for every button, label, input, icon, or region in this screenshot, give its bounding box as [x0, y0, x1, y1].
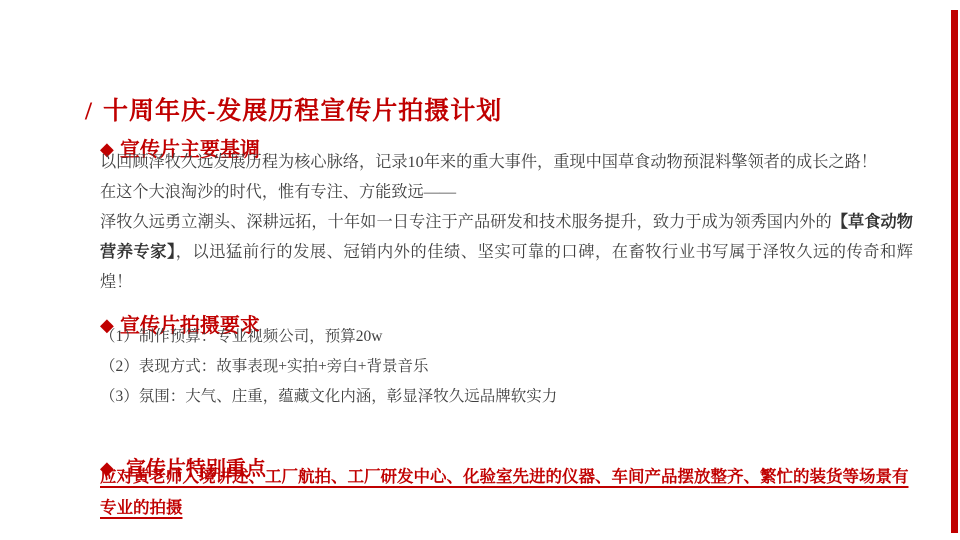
presentation-slide: /十周年庆-发展历程宣传片拍摄计划 ◆宣传片主要基调 以回顾泽牧久远发展历程为核…	[0, 0, 960, 540]
page-title-text: 十周年庆-发展历程宣传片拍摄计划	[103, 98, 502, 125]
slash-mark: /	[85, 98, 93, 125]
requirements-list: （1）制作预算：专业视频公司，预算20w （2）表现方式：故事表现+实拍+旁白+…	[100, 322, 557, 412]
right-accent-bar	[951, 10, 958, 533]
paragraph-line-1: 以回顾泽牧久远发展历程为核心脉络，记录10年来的重大事件，重现中国草食动物预混料…	[100, 153, 877, 171]
emphasis-line-2: 专业的拍摄	[100, 498, 183, 517]
special-focus-emphasis: 应对黄老师入境讲述、工厂航拍、工厂研发中心、化验室先进的仪器、车间产品摆放整齐、…	[100, 461, 913, 523]
paragraph-line-2: 在这个大浪淘沙的时代，惟有专注、方能致远——	[100, 183, 456, 201]
emphasis-line-1: 应对黄老师入境讲述、工厂航拍、工厂研发中心、化验室先进的仪器、车间产品摆放整齐、…	[100, 467, 909, 486]
paragraph-line-3-pre: 泽牧久远勇立潮头、深耕远拓，十年如一日专注于产品研发和技术服务提升，致力于成为领…	[100, 213, 832, 231]
requirement-item-3: （3）氛围：大气、庄重，蕴藏文化内涵，彰显泽牧久远品牌软实力	[100, 382, 557, 412]
requirement-item-2: （2）表现方式：故事表现+实拍+旁白+背景音乐	[100, 352, 557, 382]
page-title: /十周年庆-发展历程宣传片拍摄计划	[85, 91, 502, 127]
requirement-item-1: （1）制作预算：专业视频公司，预算20w	[100, 322, 557, 352]
paragraph-line-3-post: ，以迅猛前行的发展、冠销内外的佳绩、坚实可靠的口碑，在畜牧行业书写属于泽牧久远的…	[100, 243, 913, 291]
main-tone-paragraph: 以回顾泽牧久远发展历程为核心脉络，记录10年来的重大事件，重现中国草食动物预混料…	[100, 147, 913, 297]
